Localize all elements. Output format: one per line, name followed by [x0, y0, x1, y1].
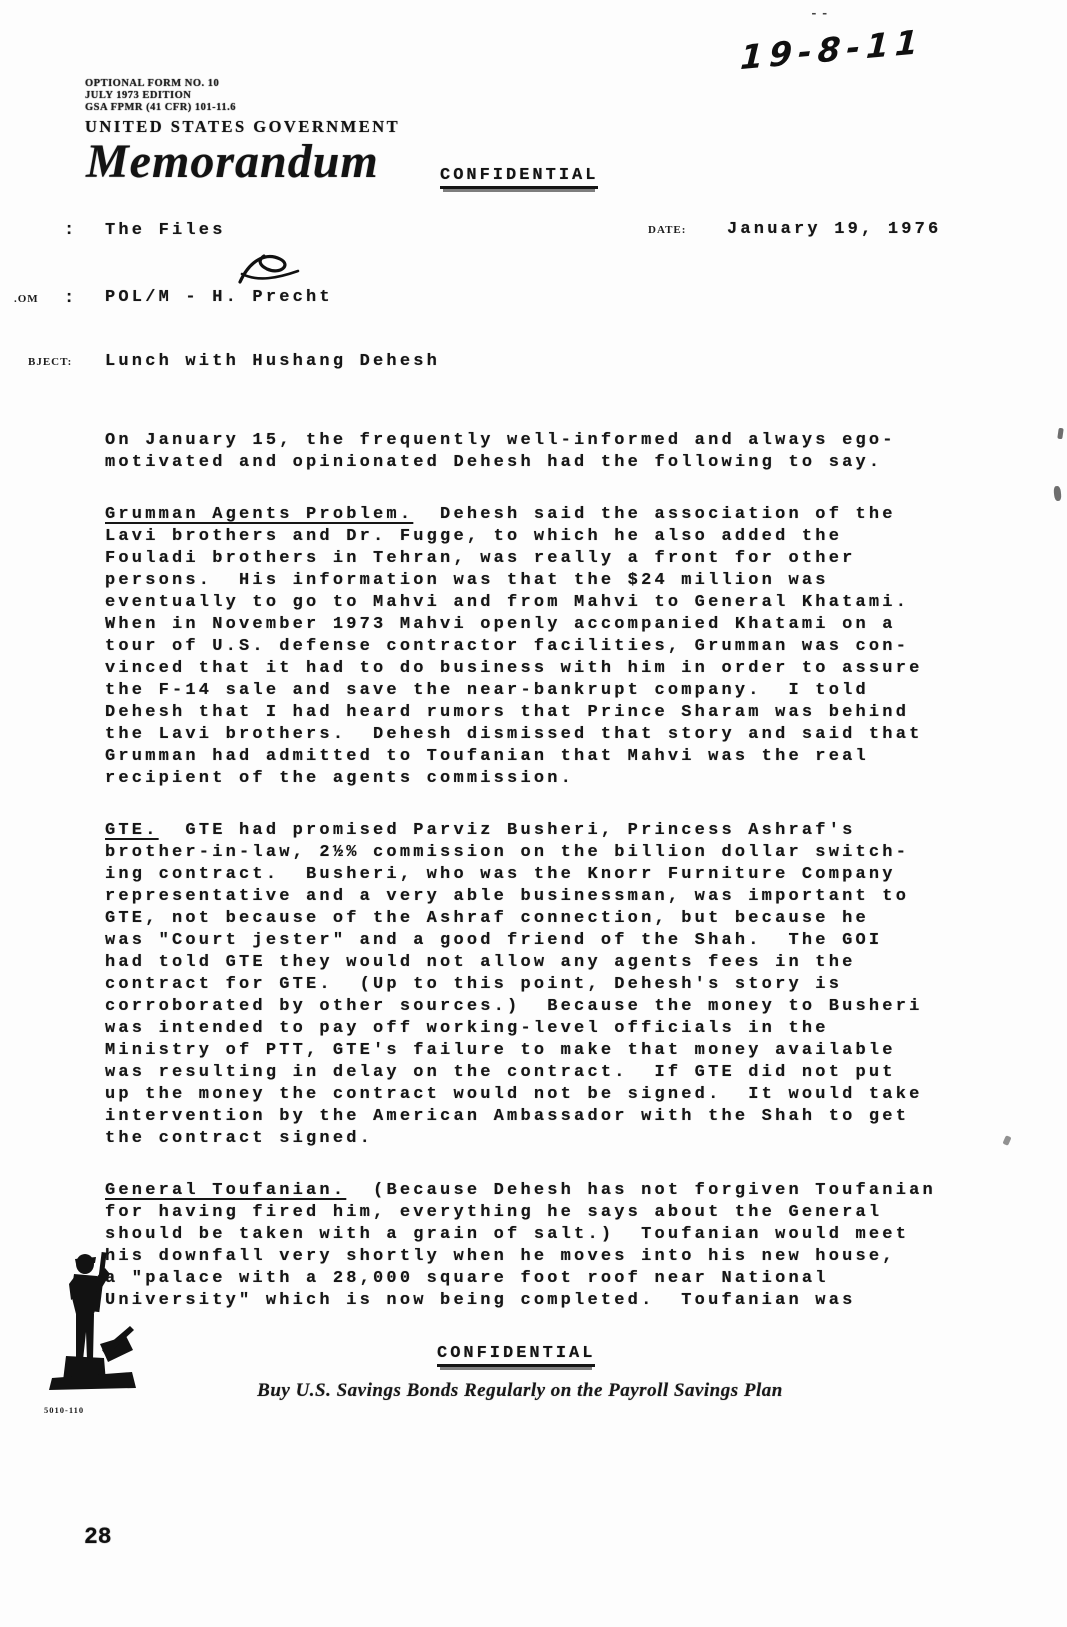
page-number: 28: [84, 1524, 112, 1550]
scan-mark-dashes: --: [810, 6, 832, 21]
intro-paragraph: On January 15, the frequently well-infor…: [105, 430, 950, 474]
section-grumman: Grumman Agents Problem. Dehesh said the …: [105, 504, 950, 790]
form-line-1: OPTIONAL FORM NO. 10: [85, 78, 236, 90]
date-label: DATE:: [648, 224, 686, 236]
section-gte-text: GTE had promised Parviz Busheri, Princes…: [105, 821, 923, 1148]
section-grumman-heading: Grumman Agents Problem.: [105, 505, 413, 524]
scan-speck: [1057, 428, 1063, 440]
handwritten-file-number: 19-8-11: [739, 22, 925, 77]
form-line-3: GSA FPMR (41 CFR) 101-11.6: [85, 102, 236, 114]
scan-speck: [1002, 1135, 1011, 1146]
subject-label: BJECT:: [28, 356, 72, 368]
section-gte-heading: GTE.: [105, 821, 159, 840]
from-label: .OM: [14, 293, 39, 305]
from-value: POL/M - H. Precht: [105, 287, 333, 309]
section-gte: GTE. GTE had promised Parviz Busheri, Pr…: [105, 820, 950, 1150]
optional-form-block: OPTIONAL FORM NO. 10 JULY 1973 EDITION G…: [85, 78, 236, 114]
stamp-code: 5010-110: [44, 1405, 84, 1415]
scan-speck: [1053, 486, 1062, 502]
savings-bonds-line: Buy U.S. Savings Bonds Regularly on the …: [120, 1380, 920, 1402]
to-colon: :: [64, 220, 77, 242]
subject-value: Lunch with Hushang Dehesh: [105, 351, 440, 373]
from-colon: :: [64, 288, 77, 310]
classification-top: CONFIDENTIAL: [440, 166, 598, 189]
memorandum-title: Memorandum: [86, 134, 379, 189]
to-value: The Files: [105, 220, 226, 242]
date-value: January 19, 1976: [727, 219, 941, 241]
section-grumman-text: Dehesh said the association of the Lavi …: [105, 505, 923, 788]
classification-bottom: CONFIDENTIAL: [437, 1344, 595, 1367]
section-toufanian-text: (Because Dehesh has not forgiven Toufani…: [105, 1181, 936, 1310]
signature-scribble-icon: [236, 250, 306, 290]
memo-body: On January 15, the frequently well-infor…: [105, 430, 950, 1342]
section-toufanian-heading: General Toufanian.: [105, 1181, 346, 1200]
minuteman-statue-icon: [42, 1250, 142, 1392]
section-toufanian: General Toufanian. (Because Dehesh has n…: [105, 1180, 950, 1312]
form-line-2: JULY 1973 EDITION: [85, 90, 236, 102]
